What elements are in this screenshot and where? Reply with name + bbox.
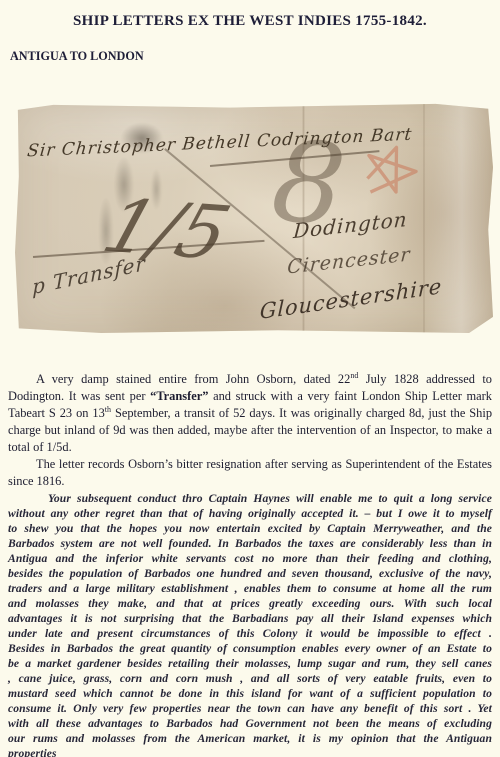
album-page: SHIP LETTERS EX THE WEST INDIES 1755-184…: [0, 0, 500, 757]
caption-text: A very damp stained entire from John Osb…: [36, 372, 350, 386]
letter-excerpt: Your subsequent conduct thro Captain Hay…: [8, 491, 492, 757]
cover-scan: 8 Sir Christopher Bethell Codrington Bar…: [15, 103, 493, 333]
caption-block: A very damp stained entire from John Osb…: [8, 371, 492, 757]
address-line-4: Gloucestershire: [259, 274, 442, 324]
red-crayon-star-icon: [354, 136, 429, 211]
ship-name-bold: “Transfer”: [150, 389, 208, 403]
caption-paragraph-2: The letter records Osborn’s bitter resig…: [8, 456, 492, 490]
caption-paragraph-1: A very damp stained entire from John Osb…: [8, 371, 492, 456]
route-subtitle: ANTIGUA TO LONDON: [10, 49, 144, 64]
page-title: SHIP LETTERS EX THE WEST INDIES 1755-184…: [0, 13, 500, 30]
